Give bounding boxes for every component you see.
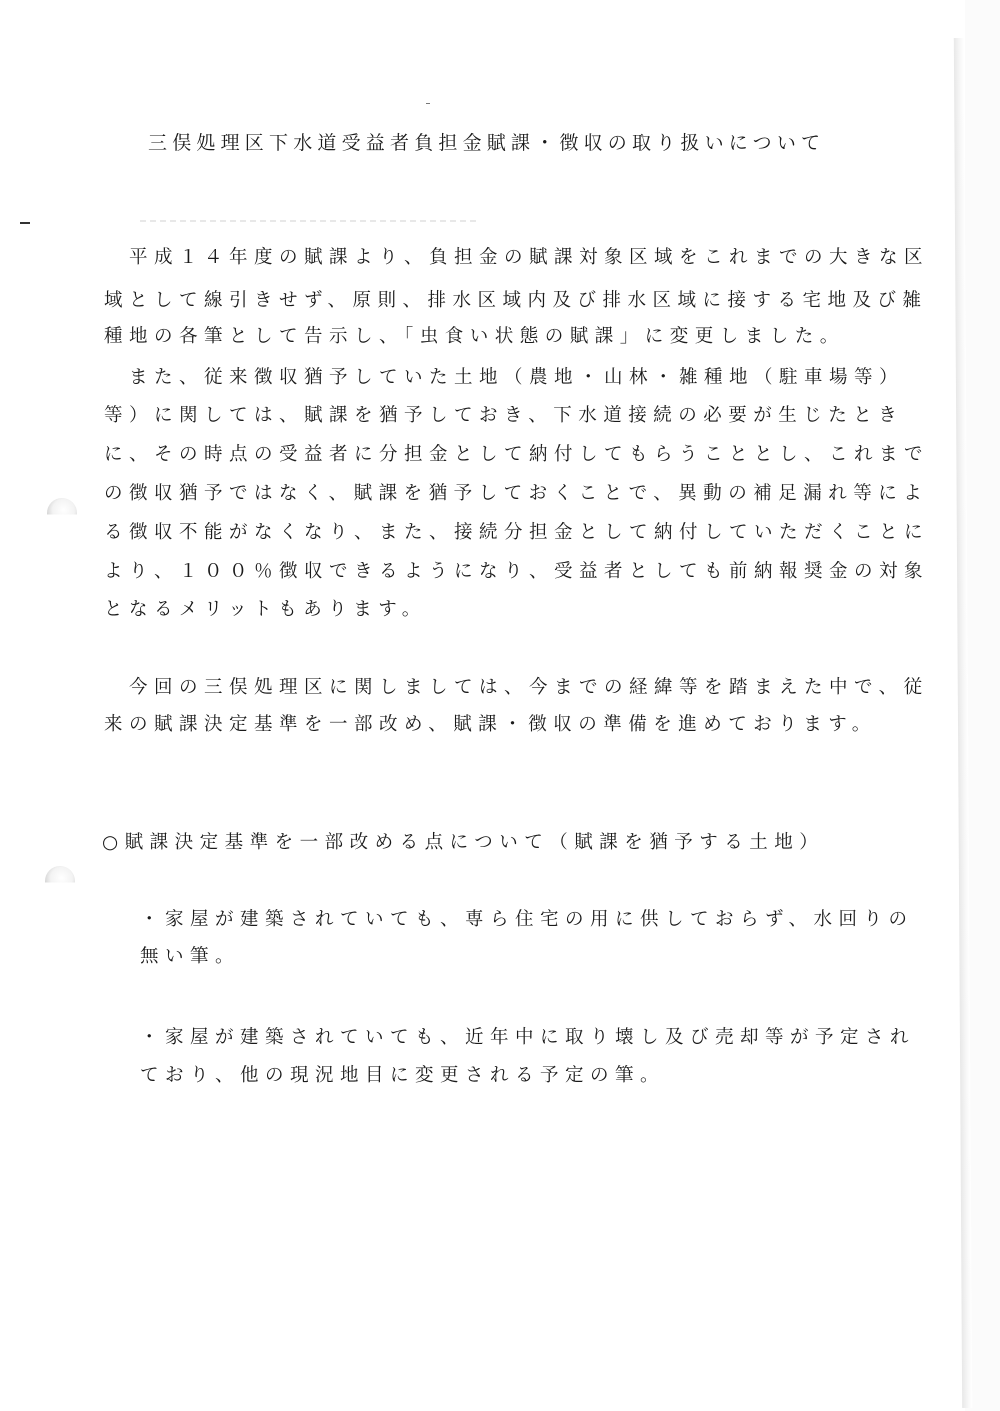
- bullet-line: ・家屋が建築されていても、近年中に取り壊し及び売却等が予定され: [140, 1029, 915, 1048]
- paragraph-line: の徴収猶予ではなく、賦課を猶予しておくことで、異動の補足漏れ等によ: [104, 485, 928, 504]
- punch-hole-bottom: [45, 866, 75, 896]
- paragraph-line: となるメリットもあります。: [104, 601, 427, 620]
- bullet-line: 無い筆。: [140, 948, 240, 967]
- paragraph-line: 来の賦課決定基準を一部改め、賦課・徴収の準備を進めております。: [104, 716, 877, 735]
- bullet-line: ており、他の現況地目に変更される予定の筆。: [140, 1067, 665, 1086]
- bullet-line: ・家屋が建築されていても、専ら住宅の用に供しておらず、水回りの: [140, 911, 914, 930]
- paragraph-line: 等）に関しては、賦課を猶予しておき、下水道接続の必要が生じたとき: [104, 407, 903, 426]
- section-heading: ○賦課決定基準を一部改める点について（賦課を猶予する土地）: [102, 834, 824, 853]
- paragraph-line: 域として線引きせず、原則、排水区域内及び排水区域に接する宅地及び雑: [104, 292, 928, 311]
- faint-scan-line: [140, 220, 480, 222]
- scanned-page: 三俣処理区下水道受益者負担金賦課・徴収の取り扱いについて 平成１４年度の賦課より…: [0, 0, 1000, 1411]
- paragraph-line: 平成１４年度の賦課より、負担金の賦課対象区域をこれまでの大きな区: [104, 249, 929, 268]
- document-title: 三俣処理区下水道受益者負担金賦課・徴収の取り扱いについて: [148, 128, 825, 155]
- paragraph-line: 今回の三俣処理区に関しましては、今までの経緯等を踏まえた中で、従: [104, 679, 929, 698]
- punch-hole-top: [47, 498, 77, 528]
- paragraph-line: また、従来徴収猶予していた土地（農地・山林・雑種地（駐車場等）: [104, 369, 904, 388]
- paragraph-line: に、その時点の受益者に分担金として納付してもらうこととし、これまで: [104, 446, 929, 465]
- scan-artifact-dot: [426, 103, 430, 104]
- scan-artifact-mark: [20, 222, 30, 224]
- paragraph-line: より、１００％徴収できるようになり、受益者としても前納報奨金の対象: [104, 563, 929, 582]
- paragraph-line: る徴収不能がなくなり、また、接続分担金として納付していただくことに: [104, 524, 929, 543]
- paragraph-line: 種地の各筆として告示し、「虫食い状態の賦課」に変更しました。: [104, 328, 845, 347]
